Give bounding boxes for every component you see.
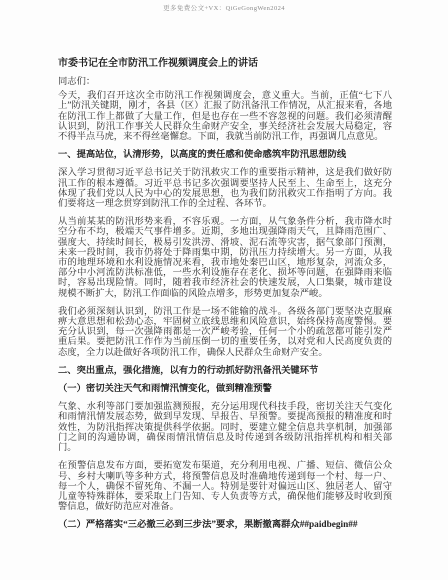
paragraph-flood-situation: 从当前某某的防汛形势来看，不容乐观。一方面，从气象条件分析，我市降水时空分布不均… <box>58 217 392 299</box>
section-heading-1: 一、提高站位，认清形势，以高度的责任感和使命感筑牢防汛思想防线 <box>58 150 392 160</box>
sub-heading-2-1: （一）密切关注天气和雨情汛情变化，做到精准预警 <box>58 384 392 394</box>
watermark-note: 更多免费公文+VX：QiGeGongWen2024 <box>0 3 448 12</box>
paragraph-warning-release: 在预警信息发布方面，要拓宽发布渠道，充分利用电视、广播、短信、微信公众号、乡村大… <box>58 461 392 512</box>
document-page: 更多免费公文+VX：QiGeGongWen2024 市委书记在全市防汛工作视频调… <box>0 0 448 580</box>
sub-heading-2-2: （二）严格落实“三必撤三必到三步法”要求，果断撤离群众##paidbegin## <box>58 520 392 530</box>
paragraph-intro: 今天，我们召开这次全市防汛工作视频调度会，意义重大。当前，正值“七下八上”防汛关… <box>58 91 392 142</box>
section-heading-2: 二、突出重点，强化措施，以有力的行动抓好防汛备汛关键环节 <box>58 366 392 376</box>
salutation: 同志们： <box>58 77 392 87</box>
paragraph-responsibility: 我们必须深刻认识到，防汛工作是一场不能输的战斗。各级各部门要坚决克服麻痹大意思想… <box>58 307 392 358</box>
paragraph-guiding-principle: 深入学习贯彻习近平总书记关于防汛救灾工作的重要指示精神，这是我们做好防汛工作的根… <box>58 168 392 209</box>
document-content: 市委书记在全市防汛工作视频调度会上的讲话 同志们： 今天，我们召开这次全市防汛工… <box>58 57 392 539</box>
document-title: 市委书记在全市防汛工作视频调度会上的讲话 <box>58 57 392 70</box>
paragraph-monitoring-forecast: 气象、水利等部门要加强监测预报，充分运用现代科技手段，密切关注天气变化和雨情汛情… <box>58 402 392 453</box>
